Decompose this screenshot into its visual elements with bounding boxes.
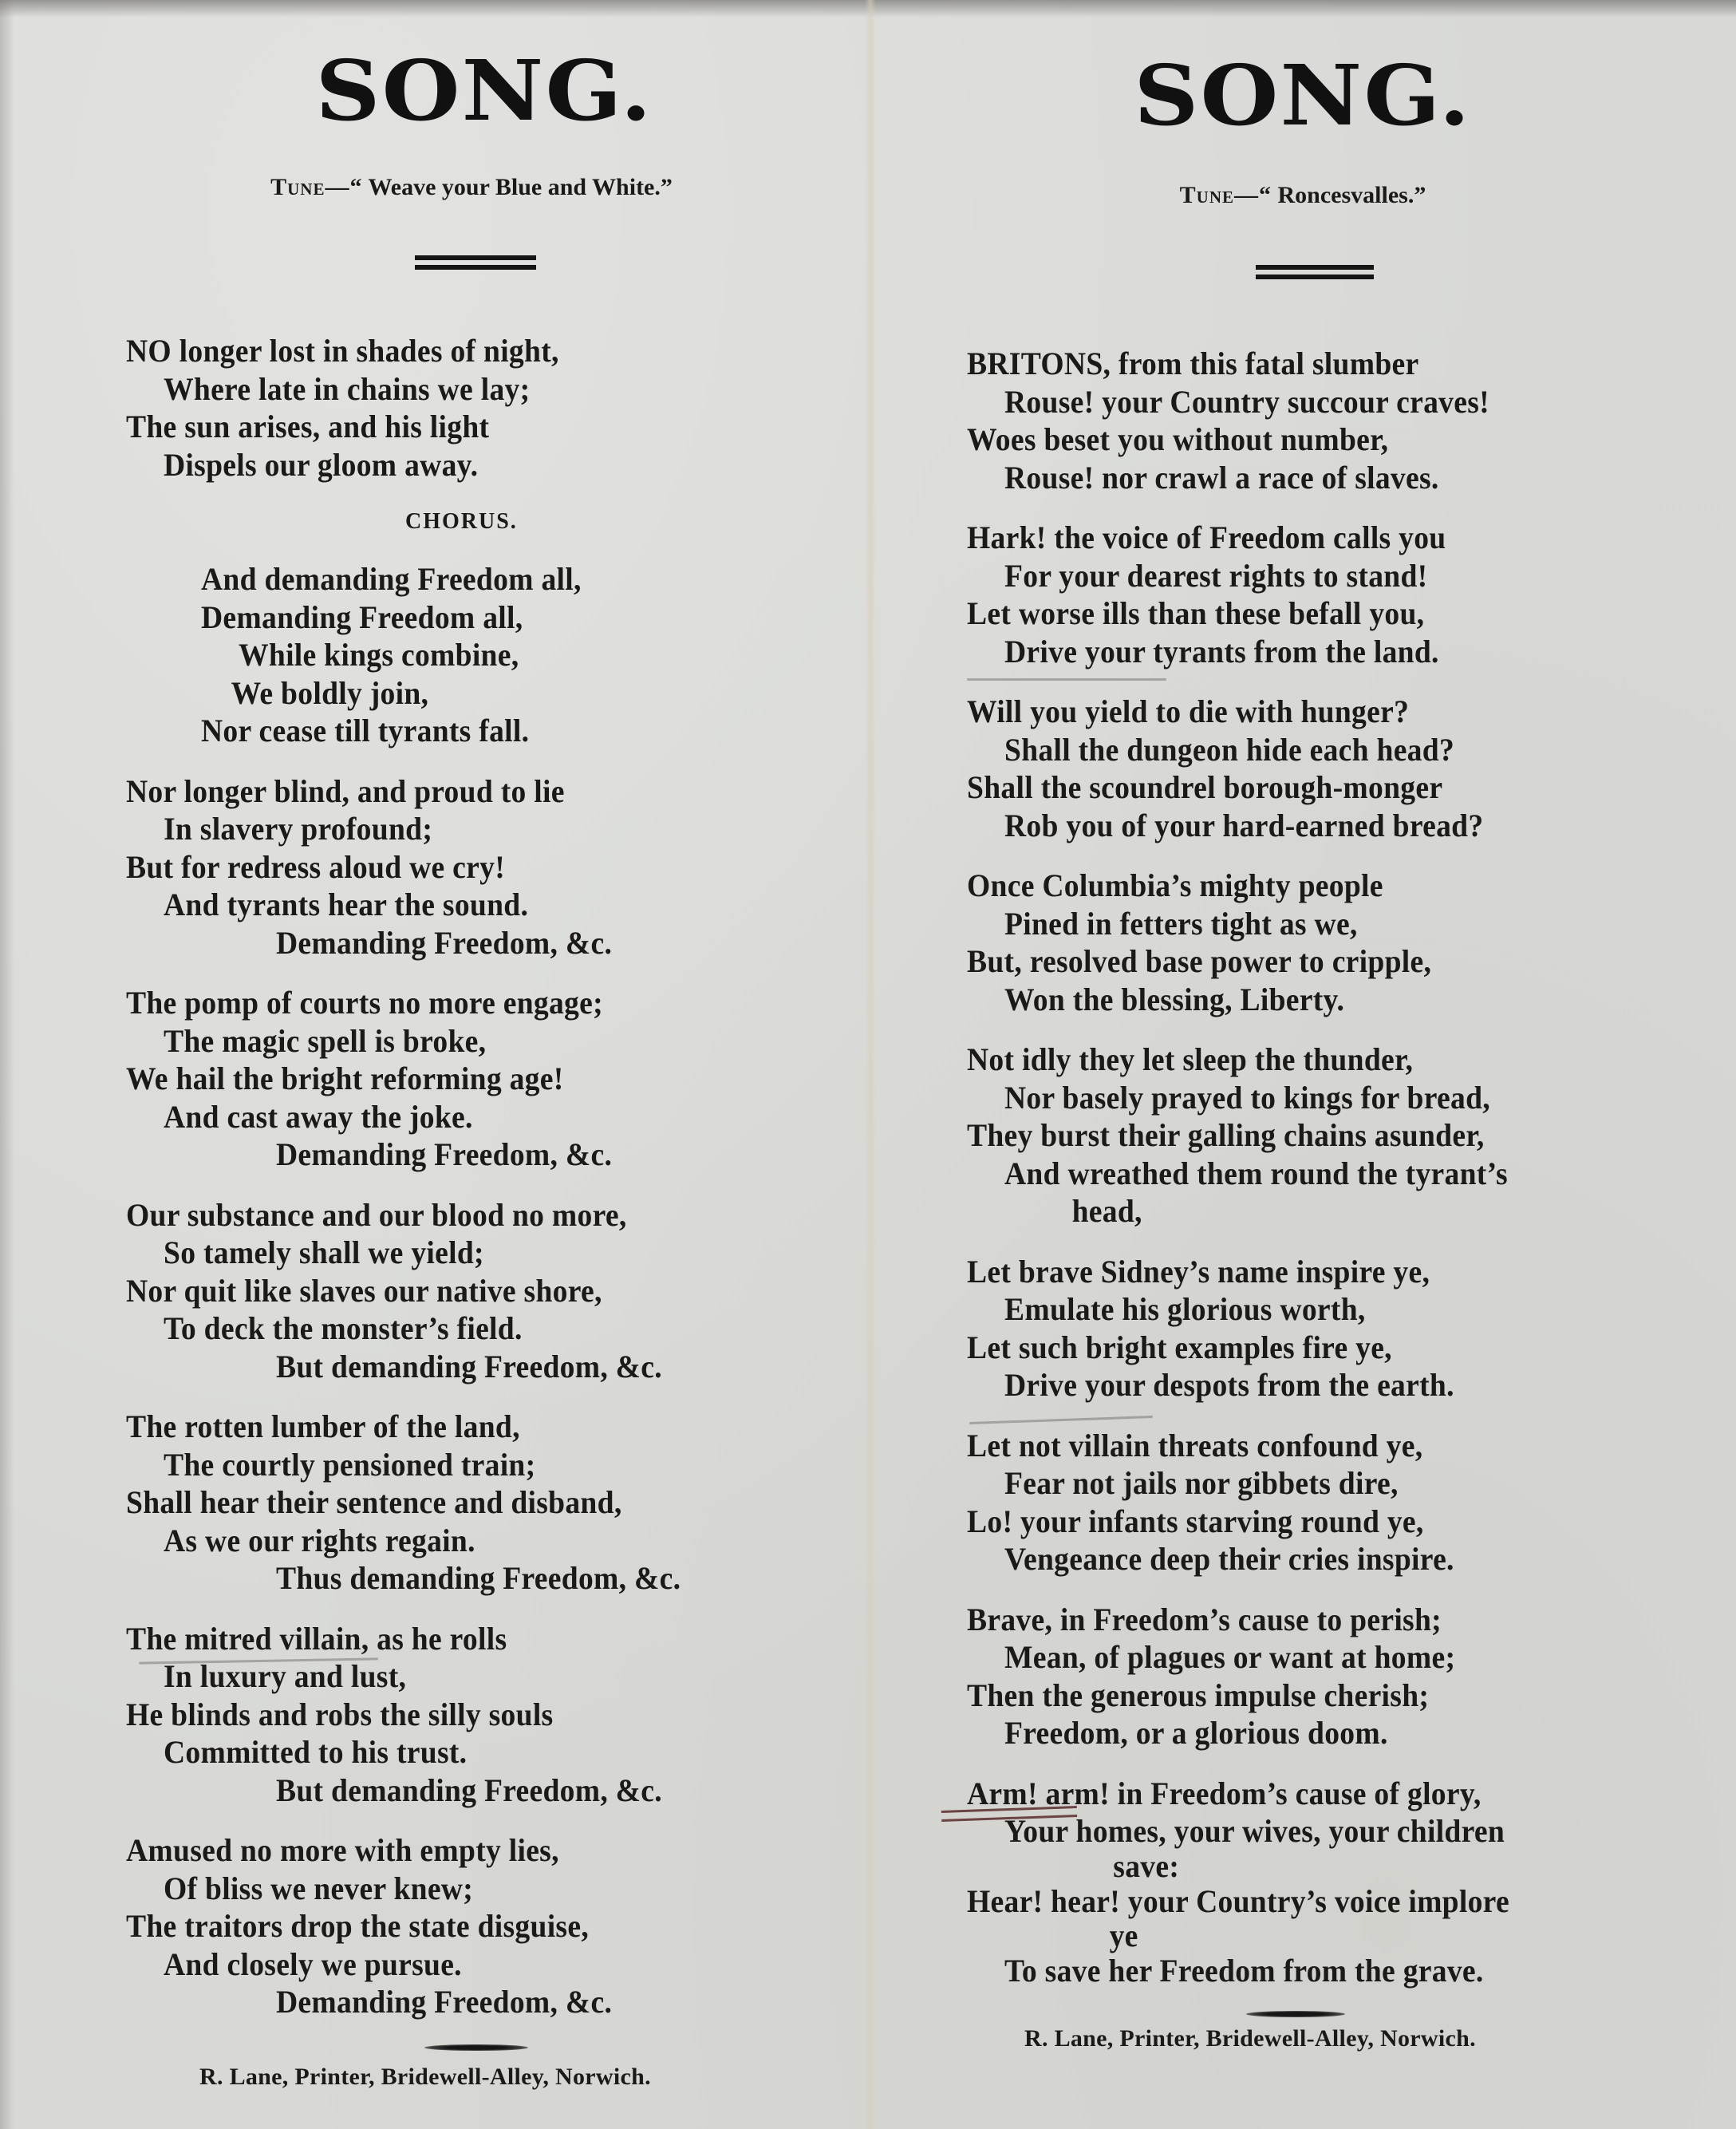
chorus-line: We boldly join, (126, 674, 681, 713)
lyric-line: Shall hear their sentence and disband, (126, 1483, 681, 1522)
right-song-tune: Tune—“ Roncesvalles.” (870, 182, 1736, 209)
lyric-line: So tamely shall we yield; (126, 1234, 681, 1272)
chorus-label: CHORUS. (126, 506, 716, 538)
lyric-line: Brave, in Freedom’s cause to perish; (967, 1601, 1509, 1639)
lyric-line: The sun arises, and his light (126, 408, 681, 446)
lyric-line: The pomp of courts no more engage; (126, 984, 681, 1022)
lyric-line: Shall the dungeon hide each head? (967, 731, 1509, 769)
refrain-line: Demanding Freedom, &c. (126, 924, 681, 962)
tail-ornament (424, 2044, 528, 2051)
right-song-title: SONG. (835, 46, 1736, 144)
lyric-line: Rob you of your hard-earned bread? (967, 807, 1509, 845)
stanza: BRITONS, from this fatal slumber Rouse! … (967, 345, 1544, 496)
printer-imprint: R. Lane, Printer, Bridewell-Alley, Norwi… (1024, 2025, 1476, 2052)
left-song-tune: Tune—“ Weave your Blue and White.” (38, 174, 905, 201)
refrain-line: Demanding Freedom, &c. (126, 1136, 681, 1174)
lyric-line: They burst their galling chains asunder, (967, 1116, 1509, 1155)
tune-prefix: Tune—“ (1180, 182, 1272, 208)
stanza: The rotten lumber of the land, The court… (126, 1408, 716, 1598)
stanza: Nor longer blind, and proud to lie In sl… (126, 772, 716, 962)
lyric-line: To deck the monster’s field. (126, 1309, 681, 1348)
lyric-line: Our substance and our blood no more, (126, 1196, 681, 1234)
lyric-line: Of bliss we never knew; (126, 1870, 681, 1908)
lyric-line: We hail the bright reforming age! (126, 1060, 681, 1098)
refrain-line: But demanding Freedom, &c. (126, 1348, 681, 1386)
stanza: Will you yield to die with hunger? Shall… (967, 693, 1544, 844)
chorus: And demanding Freedom all, Demanding Fre… (126, 560, 716, 750)
refrain-line: Thus demanding Freedom, &c. (126, 1559, 681, 1598)
lyric-line-turnover: save: (967, 1851, 1509, 1882)
lyric-line: In luxury and lust, (126, 1657, 681, 1696)
lyric-line: Let not villain threats confound ye, (967, 1427, 1509, 1465)
lyric-line: Rouse! your Country succour craves! (967, 383, 1509, 421)
lyric-line: BRITONS, from this fatal slumber (967, 345, 1509, 383)
lyric-line: As we our rights regain. (126, 1522, 681, 1560)
lyric-line: The magic spell is broke, (126, 1022, 681, 1061)
lyric-line: Hark! the voice of Freedom calls you (967, 519, 1509, 557)
lyric-line: Then the generous impulse cherish; (967, 1677, 1509, 1715)
stanza: NO longer lost in shades of night, Where… (126, 332, 716, 484)
printer-imprint: R. Lane, Printer, Bridewell-Alley, Norwi… (199, 2064, 651, 2091)
lyric-line: Woes beset you without number, (967, 421, 1509, 459)
lyric-line: And closely we pursue. (126, 1945, 681, 1984)
lyric-line: Nor longer blind, and proud to lie (126, 772, 681, 811)
lyric-line: The rotten lumber of the land, (126, 1408, 681, 1446)
lyric-line: Let worse ills than these befall you, (967, 594, 1509, 633)
refrain-line: Demanding Freedom, &c. (126, 1983, 681, 2021)
lyric-line: To save her Freedom from the grave. (967, 1952, 1509, 1990)
lyric-line: Pined in fetters tight as we, (967, 905, 1509, 943)
lyric-line: NO longer lost in shades of night, (126, 332, 681, 370)
chorus-line: Nor cease till tyrants fall. (126, 712, 681, 750)
lyric-line: Fear not jails nor gibbets dire, (967, 1464, 1509, 1503)
lyric-line: And cast away the joke. (126, 1098, 681, 1136)
lyric-line: Won the blessing, Liberty. (967, 981, 1509, 1019)
lyric-line: Will you yield to die with hunger? (967, 693, 1509, 731)
lyric-line-turnover: head, (967, 1192, 1509, 1230)
lyric-line: Vengeance deep their cries inspire. (967, 1540, 1509, 1578)
lyric-line: For your dearest rights to stand! (967, 557, 1509, 595)
chorus-line: And demanding Freedom all, (126, 560, 681, 598)
lyric-line: Committed to his trust. (126, 1733, 681, 1772)
lyric-line-turnover: ye (967, 1920, 1509, 1952)
stanza: The pomp of courts no more engage; The m… (126, 984, 716, 1174)
broadside-sheet: SONG. Tune—“ Weave your Blue and White.”… (0, 0, 1736, 2129)
lyric-line: The mitred villain, as he rolls (126, 1620, 681, 1658)
refrain-line: But demanding Freedom, &c. (126, 1772, 681, 1810)
lyric-line: He blinds and robs the silly souls (126, 1696, 681, 1734)
lyric-line: Where late in chains we lay; (126, 370, 681, 409)
stanza: Let brave Sidney’s name inspire ye, Emul… (967, 1253, 1544, 1404)
pencil-underline (967, 678, 1166, 681)
tune-name: Weave your Blue and White.” (368, 174, 672, 200)
double-rule (1256, 265, 1374, 279)
chorus-line: Demanding Freedom all, (126, 598, 681, 637)
lyric-line: The courtly pensioned train; (126, 1446, 681, 1484)
lyric-line: Nor quit like slaves our native shore, (126, 1272, 681, 1310)
stanza: Not idly they let sleep the thunder, Nor… (967, 1041, 1544, 1230)
lyric-line: Once Columbia’s mighty people (967, 867, 1509, 905)
lyric-line: Nor basely prayed to kings for bread, (967, 1079, 1509, 1117)
left-song-lyrics: NO longer lost in shades of night, Where… (126, 332, 716, 2044)
left-song-title: SONG. (6, 41, 941, 140)
stanza: Hark! the voice of Freedom calls you For… (967, 519, 1544, 670)
right-song-lyrics: BRITONS, from this fatal slumber Rouse! … (967, 345, 1544, 2012)
lyric-line: Shall the scoundrel borough-monger (967, 768, 1509, 807)
lyric-line: Lo! your infants starving round ye, (967, 1503, 1509, 1541)
tune-prefix: Tune—“ (270, 174, 362, 200)
lyric-line: Drive your despots from the earth. (967, 1366, 1509, 1404)
left-song: SONG. Tune—“ Weave your Blue and White.”… (0, 0, 866, 2129)
stanza: Our substance and our blood no more, So … (126, 1196, 716, 1386)
tune-name: Roncesvalles.” (1278, 182, 1426, 208)
lyric-line: But for redress aloud we cry! (126, 848, 681, 887)
lyric-line: Freedom, or a glorious doom. (967, 1714, 1509, 1752)
lyric-line: Emulate his glorious worth, (967, 1290, 1509, 1329)
tail-ornament (1246, 2011, 1345, 2017)
lyric-line: Amused no more with empty lies, (126, 1831, 681, 1870)
stanza: Amused no more with empty lies, Of bliss… (126, 1831, 716, 2021)
lyric-line: Mean, of plagues or want at home; (967, 1638, 1509, 1677)
lyric-line: Hear! hear! your Country’s voice implore (967, 1882, 1509, 1921)
lyric-line: Drive your tyrants from the land. (967, 633, 1509, 671)
stanza: Once Columbia’s mighty people Pined in f… (967, 867, 1544, 1018)
chorus-line: While kings combine, (126, 636, 681, 674)
stanza: Let not villain threats confound ye, Fea… (967, 1427, 1544, 1578)
lyric-line: Let such bright examples fire ye, (967, 1329, 1509, 1367)
lyric-line: In slavery profound; (126, 810, 681, 848)
stanza: The mitred villain, as he rolls In luxur… (126, 1620, 716, 1810)
lyric-line: But, resolved base power to cripple, (967, 942, 1509, 981)
lyric-line: Let brave Sidney’s name inspire ye, (967, 1253, 1509, 1291)
lyric-line: Not idly they let sleep the thunder, (967, 1041, 1509, 1079)
lyric-line: And tyrants hear the sound. (126, 886, 681, 924)
lyric-line: Dispels our gloom away. (126, 446, 681, 484)
lyric-line: And wreathed them round the tyrant’s (967, 1155, 1509, 1193)
lyric-line: The traitors drop the state disguise, (126, 1907, 681, 1945)
stanza: Brave, in Freedom’s cause to perish; Mea… (967, 1601, 1544, 1752)
lyric-line: Rouse! nor crawl a race of slaves. (967, 459, 1509, 497)
double-rule (415, 255, 536, 270)
